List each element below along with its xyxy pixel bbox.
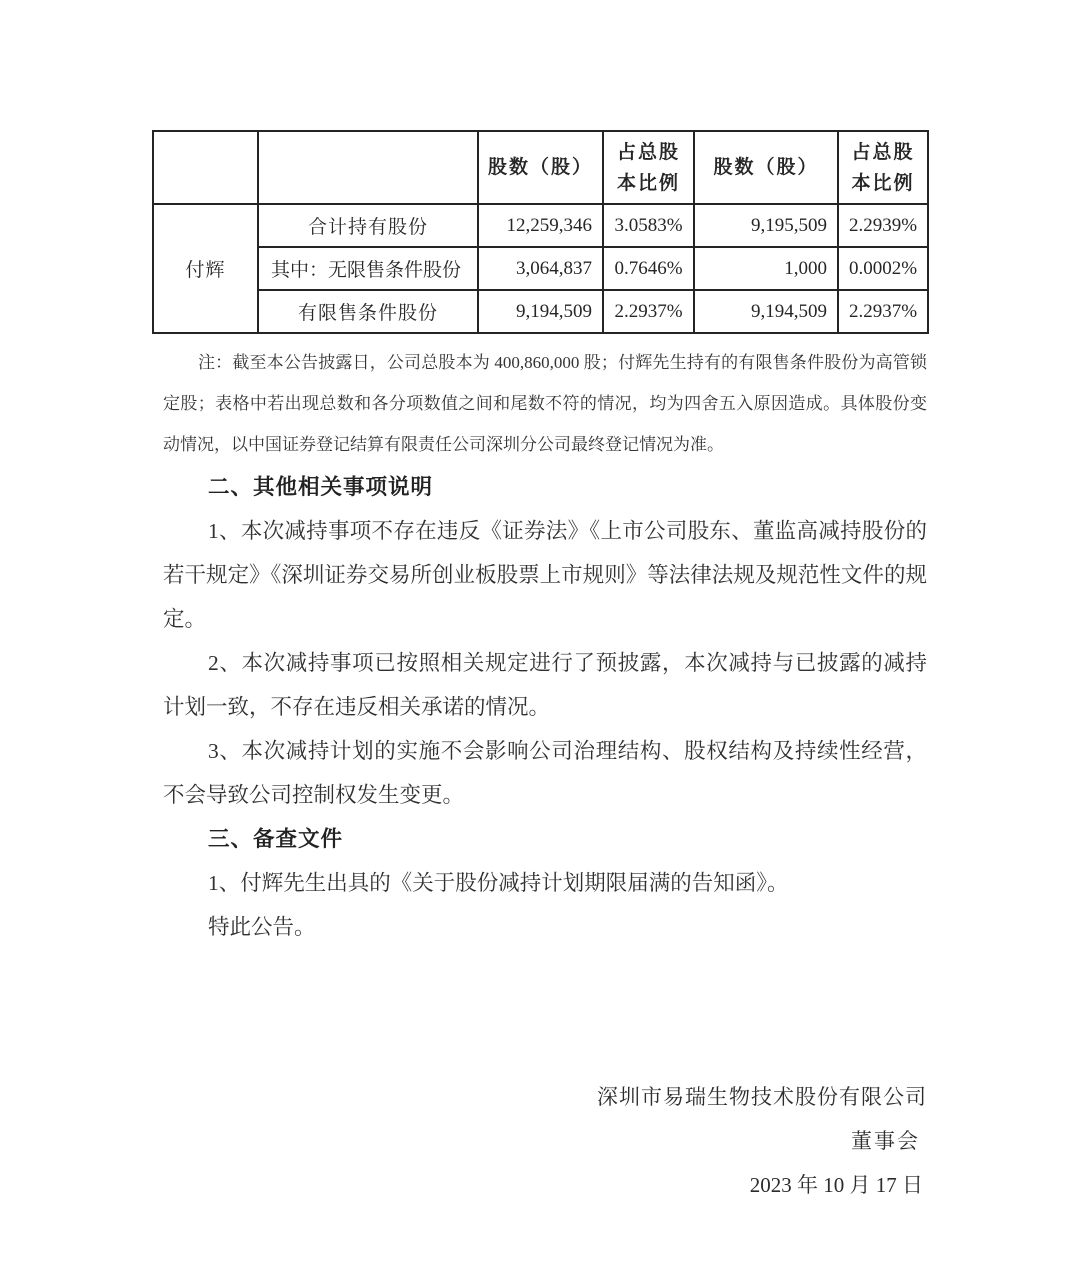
shares-before-value: 9,194,509 <box>478 290 603 333</box>
section-two-item-2: 2、本次减持事项已按照相关规定进行了预披露，本次减持与已披露的减持计划一致，不存… <box>163 641 927 729</box>
holder-name: 付辉 <box>153 204 258 333</box>
section-three-item-1: 1、付辉先生出具的《关于股份减持计划期限届满的告知函》。 <box>163 861 927 905</box>
shares-after-value: 1,000 <box>694 247 838 290</box>
closing-statement: 特此公告。 <box>163 905 927 949</box>
announcement-date: 2023 年 10 月 17 日 <box>152 1163 927 1207</box>
announcement-document: 股数（股） 占总股本比例 股数（股） 占总股本比例 付辉 合计持有股份 12,2… <box>152 130 927 1207</box>
shares-after-value: 9,194,509 <box>694 290 838 333</box>
empty-header-cell <box>258 131 478 204</box>
ratio-after-value: 2.2937% <box>838 290 928 333</box>
shares-before-value: 3,064,837 <box>478 247 603 290</box>
empty-header-cell <box>153 131 258 204</box>
ratio-after-value: 0.0002% <box>838 247 928 290</box>
section-two-item-3: 3、本次减持计划的实施不会影响公司治理结构、股权结构及持续性经营，不会导致公司控… <box>163 729 927 817</box>
table-footnote: 注：截至本公告披露日，公司总股本为 400,860,000 股；付辉先生持有的有… <box>163 342 927 465</box>
header-shares-before: 股数（股） <box>478 131 603 204</box>
document-body: 二、其他相关事项说明 1、本次减持事项不存在违反《证券法》《上市公司股东、董监高… <box>163 465 927 949</box>
table-row-restricted: 有限售条件股份 9,194,509 2.2937% 9,194,509 2.29… <box>153 290 928 333</box>
shareholding-table: 股数（股） 占总股本比例 股数（股） 占总股本比例 付辉 合计持有股份 12,2… <box>152 130 929 334</box>
header-shares-after: 股数（股） <box>694 131 838 204</box>
ratio-before-value: 2.2937% <box>603 290 694 333</box>
header-ratio-before: 占总股本比例 <box>603 131 694 204</box>
table-row-total: 付辉 合计持有股份 12,259,346 3.0583% 9,195,509 2… <box>153 204 928 247</box>
company-name: 深圳市易瑞生物技术股份有限公司 <box>152 1075 927 1119</box>
section-three-title: 三、备查文件 <box>163 817 927 861</box>
shares-after-value: 9,195,509 <box>694 204 838 247</box>
signature-block: 深圳市易瑞生物技术股份有限公司 董事会 2023 年 10 月 17 日 <box>152 1075 927 1207</box>
category-label: 其中：无限售条件股份 <box>258 247 478 290</box>
board-of-directors: 董事会 <box>152 1119 927 1163</box>
shares-before-value: 12,259,346 <box>478 204 603 247</box>
section-two-title: 二、其他相关事项说明 <box>163 465 927 509</box>
table-header-row: 股数（股） 占总股本比例 股数（股） 占总股本比例 <box>153 131 928 204</box>
header-ratio-after: 占总股本比例 <box>838 131 928 204</box>
ratio-after-value: 2.2939% <box>838 204 928 247</box>
ratio-before-value: 3.0583% <box>603 204 694 247</box>
section-two-item-1: 1、本次减持事项不存在违反《证券法》《上市公司股东、董监高减持股份的若干规定》《… <box>163 509 927 641</box>
table-row-unrestricted: 其中：无限售条件股份 3,064,837 0.7646% 1,000 0.000… <box>153 247 928 290</box>
category-label: 合计持有股份 <box>258 204 478 247</box>
ratio-before-value: 0.7646% <box>603 247 694 290</box>
category-label: 有限售条件股份 <box>258 290 478 333</box>
